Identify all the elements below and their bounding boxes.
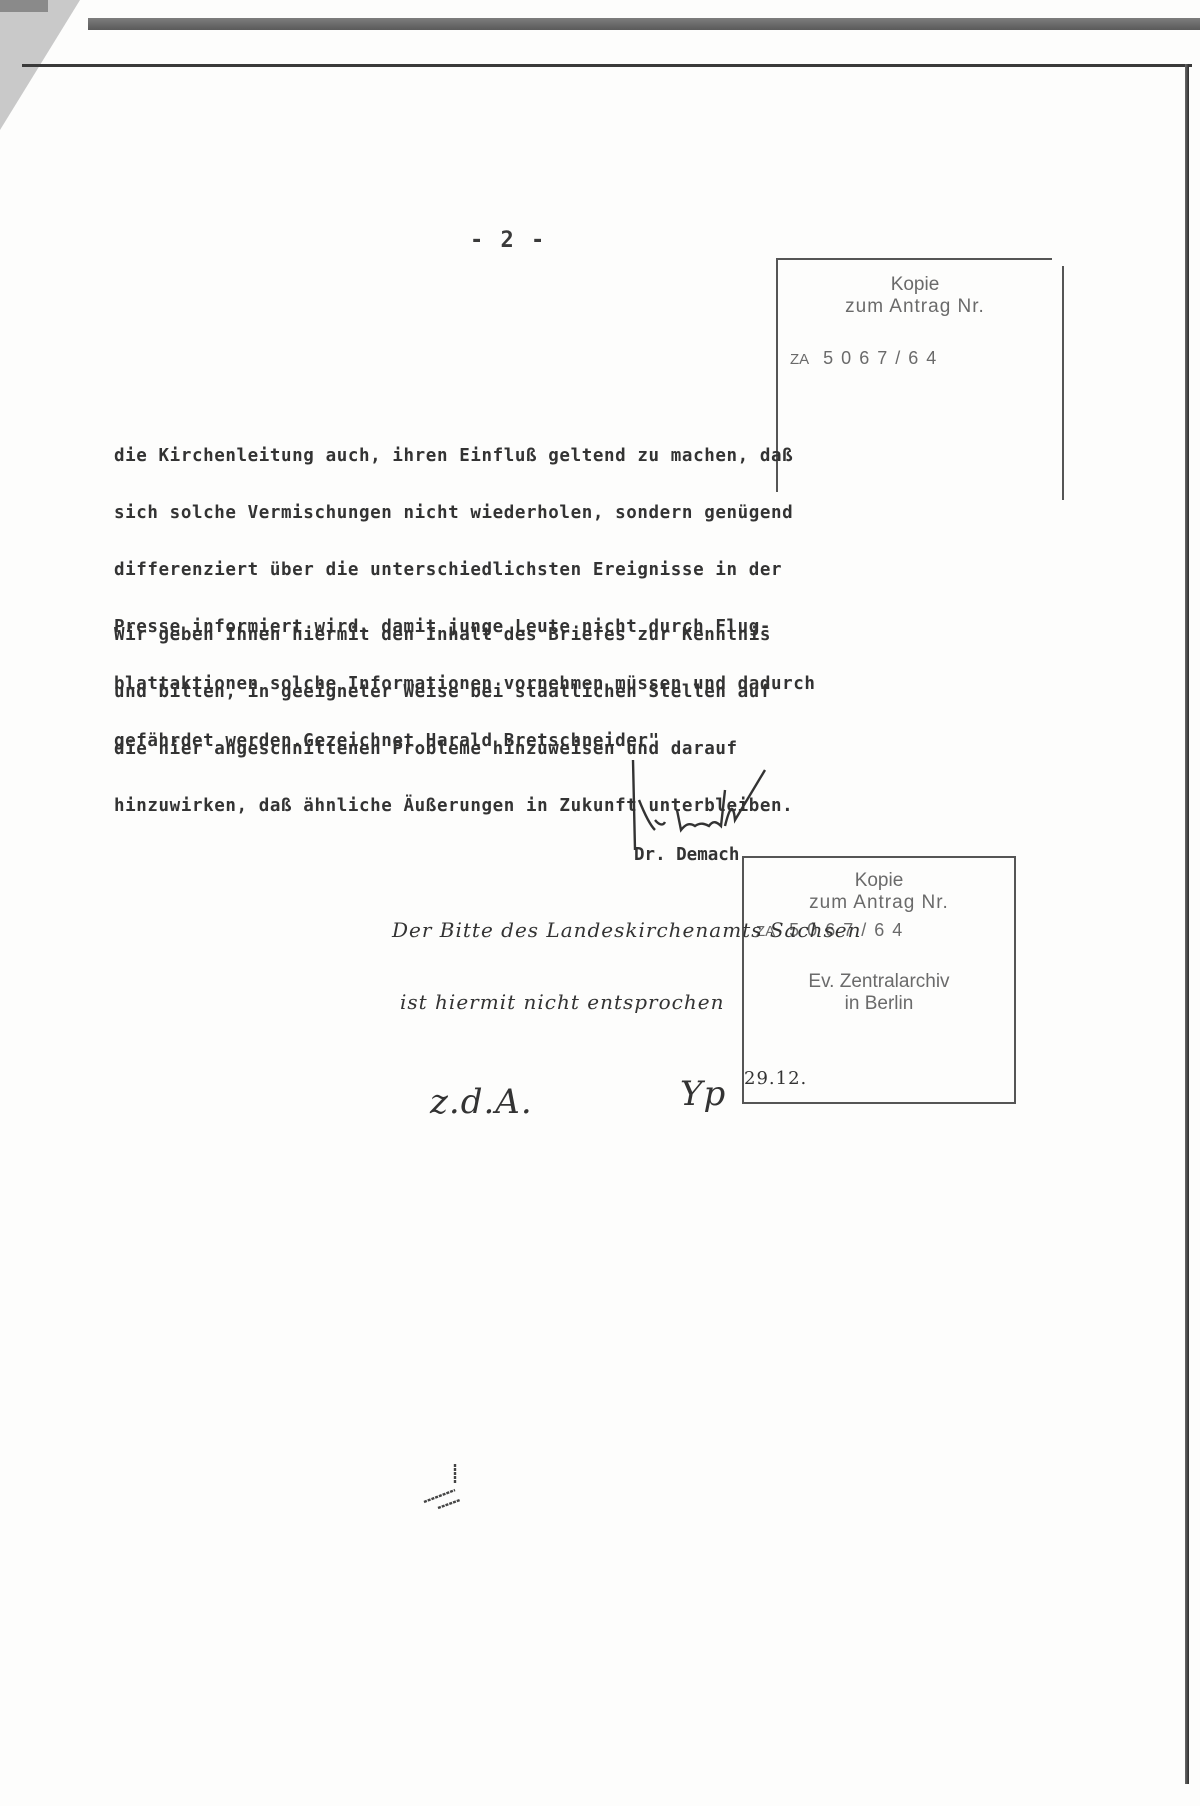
stamp-number-value: 5067/64 <box>823 348 944 368</box>
stamp-subtitle: zum Antrag Nr. <box>778 296 1052 318</box>
page-number: - 2 - <box>470 228 546 253</box>
archive-stamp-bottom: Kopie zum Antrag Nr. ZA5067/64 Ev. Zentr… <box>742 856 1016 1104</box>
stamp-title: Kopie <box>744 870 1014 892</box>
handwritten-signature <box>625 730 825 850</box>
scan-top-edge <box>88 18 1200 30</box>
text-line: sich solche Vermischungen nicht wiederho… <box>114 504 816 523</box>
handwritten-initials: Yp <box>680 1074 726 1114</box>
handwritten-zda-mark: z.d.A. <box>430 1082 533 1122</box>
handwritten-note-line-1: Der Bitte des Landeskirchenamts Sachsen <box>392 918 862 942</box>
stamp-archive-city: in Berlin <box>744 993 1014 1015</box>
stamp-subtitle: zum Antrag Nr. <box>744 892 1014 914</box>
handwritten-date: 29.12. <box>744 1068 807 1089</box>
handwritten-note-line-2: ist hiermit nicht entsprochen <box>400 990 724 1014</box>
text-line: und bitten, in geeigneter Weise bei staa… <box>114 683 793 702</box>
stamp-prefix: ZA <box>790 351 809 368</box>
page-top-border <box>22 64 1192 67</box>
archive-stamp-top: Kopie zum Antrag Nr. ZA5067/64 <box>776 258 1052 492</box>
stamp-archive-name: Ev. Zentralarchiv <box>744 971 1014 993</box>
text-line: differenziert über die unterschiedlichst… <box>114 561 816 580</box>
signer-name: Dr. Demach <box>634 845 739 865</box>
text-line: die Kirchenleitung auch, ihren Einfluß g… <box>114 447 816 466</box>
stamp-number: ZA5067/64 <box>778 348 1052 369</box>
text-line: Wir geben Ihnen hiermit den Inhalt des B… <box>114 626 793 645</box>
page-right-border <box>1185 64 1189 1784</box>
pencil-check-mark <box>420 1462 480 1512</box>
scan-corner-mark <box>0 0 48 12</box>
stamp-title: Kopie <box>778 274 1052 296</box>
